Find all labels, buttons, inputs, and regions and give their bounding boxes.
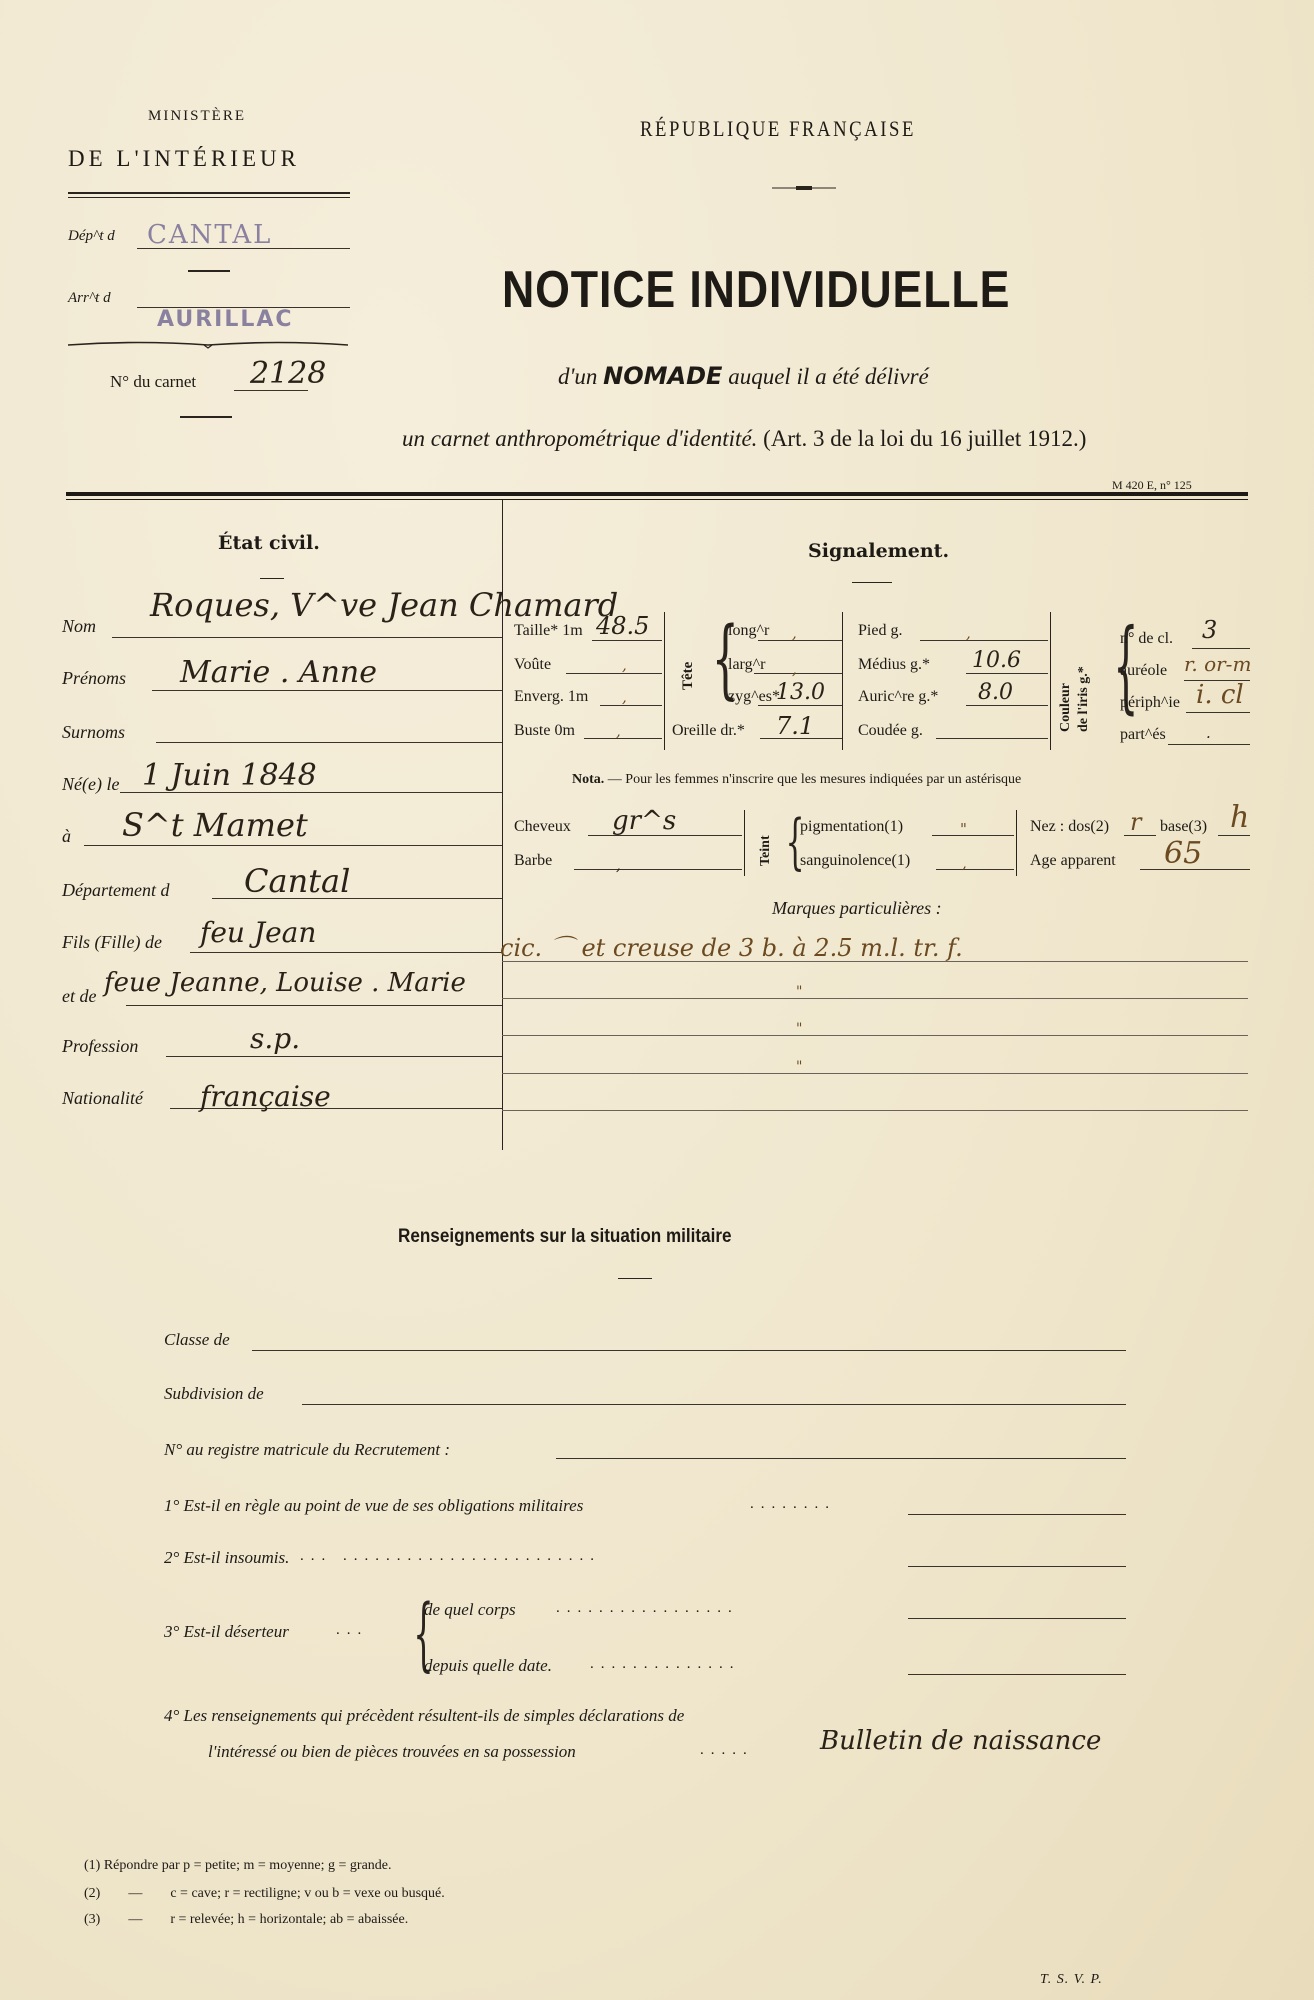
- carnet-number: 2128: [250, 356, 326, 391]
- field-value-profession: s.p.: [250, 1022, 300, 1055]
- q2-line: [908, 1566, 1126, 1567]
- hair-divider: [744, 810, 745, 876]
- teint-label: Teint: [758, 820, 774, 866]
- nota-text: — Pour les femmes n'inscrire que les mes…: [608, 772, 1021, 787]
- grid-divider-1: [664, 612, 665, 750]
- coudee-line: [936, 738, 1048, 739]
- field-label-nationalite: Nationalité: [62, 1088, 143, 1109]
- buste-label: Buste 0m: [514, 722, 575, 740]
- nez-dos-label: Nez : dos(2): [1030, 818, 1109, 836]
- subtitle-law: (Art. 3 de la loi du 16 juillet 1912.): [763, 426, 1086, 451]
- subtitle-line-1: d'un NOMADE auquel il a été délivré: [558, 362, 929, 390]
- taille-line: [592, 640, 662, 641]
- zygomatique-line: [758, 705, 842, 706]
- taille-value: 48.5: [596, 612, 649, 640]
- aureole-value: r. or-m: [1184, 652, 1251, 676]
- footnote-1-num: (1): [84, 1858, 100, 1873]
- q1-label: 1° Est-il en règle au point de vue de se…: [164, 1496, 583, 1516]
- etat-civil-heading: État civil.: [218, 532, 320, 554]
- marques-line-4: [502, 1073, 1248, 1074]
- marques-line-2: [502, 998, 1248, 999]
- classe-iris-line: [1192, 648, 1250, 649]
- particularites-line: [1168, 744, 1250, 745]
- nez-base-line: [1218, 835, 1250, 836]
- marques-heading: Marques particulières :: [772, 898, 942, 919]
- republic-heading: RÉPUBLIQUE FRANÇAISE: [640, 116, 916, 142]
- tsvp-note: T. S. V. P.: [1040, 1972, 1103, 1988]
- field-label-nom: Nom: [62, 616, 96, 637]
- field-value-fils-de: feu Jean: [200, 916, 316, 949]
- q3b-label: depuis quelle date.: [424, 1656, 552, 1676]
- footnote-2: (2) — c = cave; r = rectiligne; v ou b =…: [84, 1886, 445, 1902]
- flourish-rule: [68, 336, 348, 344]
- dept-label: Dép^t d: [68, 228, 115, 245]
- q3a-line: [908, 1618, 1126, 1619]
- particularites-value: .: [1206, 724, 1211, 742]
- q3b-dots: ..............: [590, 1656, 741, 1673]
- marques-line-3: [502, 1035, 1248, 1036]
- barbe-value: ,: [616, 856, 621, 874]
- field-value-nom: Roques, V^ve Jean Chamard: [150, 586, 618, 624]
- field-line-lieu: [84, 845, 502, 846]
- taille-label: Taille* 1m: [514, 622, 583, 640]
- signalement-heading: Signalement.: [808, 540, 949, 562]
- field-label-ne-le: Né(e) le: [62, 774, 119, 795]
- arr-label: Arr^t d: [68, 290, 111, 307]
- auriculaire-value: 8.0: [978, 680, 1013, 705]
- pied-line: [920, 640, 1048, 641]
- nez-base-value: h: [1230, 800, 1249, 835]
- footnote-3: (3) — r = relevée; h = horizontale; ab =…: [84, 1912, 408, 1928]
- form-reference: M 420 E, n° 125: [1112, 478, 1192, 493]
- classe-label: Classe de: [164, 1330, 230, 1350]
- q1-line: [908, 1514, 1126, 1515]
- dept-stamp: CANTAL: [147, 220, 272, 250]
- ministry-name: DE L'INTÉRIEUR: [68, 146, 300, 172]
- medius-line: [966, 673, 1048, 674]
- age-value: 65: [1164, 836, 1202, 871]
- registre-line: [556, 1458, 1126, 1459]
- carnet-label: N° du carnet: [110, 372, 196, 392]
- q4-dots: .....: [700, 1742, 754, 1759]
- aureole-label: auréole: [1120, 662, 1167, 680]
- field-value-et-de: feue Jeanne, Louise . Marie: [104, 968, 466, 998]
- field-line-nom: [112, 637, 502, 638]
- peripherie-label: périph^ie: [1120, 694, 1180, 712]
- barbe-line: [574, 869, 742, 870]
- classe-iris-label: n° de cl.: [1120, 630, 1173, 648]
- footnote-2-text: — c = cave; r = rectiligne; v ou b = vex…: [128, 1886, 444, 1901]
- field-label-lieu: à: [62, 826, 71, 847]
- iris-label-2: de l'iris g.*: [1076, 632, 1092, 732]
- marques-line-5: [502, 1110, 1248, 1111]
- field-value-ne-le: 1 Juin 1848: [142, 758, 317, 793]
- q3-label: 3° Est-il déserteur: [164, 1622, 289, 1642]
- pigmentation-label: pigmentation(1): [800, 818, 903, 836]
- marques-value-4: ": [796, 1059, 802, 1075]
- subtitle-line-2: un carnet anthropométrique d'identité. (…: [402, 426, 1086, 452]
- q4-label-1: 4° Les renseignements qui précèdent résu…: [164, 1706, 684, 1726]
- field-label-prenoms: Prénoms: [62, 668, 126, 689]
- field-line-fils-de: [190, 952, 502, 953]
- tete-label: Tête: [680, 640, 697, 690]
- grid-divider-2: [842, 612, 843, 750]
- field-value-lieu: S^t Mamet: [122, 806, 308, 844]
- barbe-label: Barbe: [514, 852, 552, 870]
- q3a-dots: .................: [556, 1600, 739, 1617]
- arr-stamp: AURILLAC: [157, 307, 294, 332]
- grid-divider-3: [1050, 612, 1051, 750]
- militaire-separator: [618, 1278, 652, 1279]
- ornament-rule: [772, 178, 836, 184]
- footnote-3-num: (3): [84, 1912, 100, 1927]
- subdivision-label: Subdivision de: [164, 1384, 264, 1404]
- enverg-line: [600, 705, 662, 706]
- voute-label: Voûte: [514, 656, 551, 674]
- field-value-departement: Cantal: [244, 862, 350, 900]
- subtitle-nomade: NOMADE: [603, 362, 722, 390]
- pigmentation-line: [932, 835, 1014, 836]
- field-label-surnoms: Surnoms: [62, 722, 125, 743]
- signalement-separator: [852, 582, 892, 583]
- particularites-label: part^és: [1120, 726, 1166, 744]
- subtitle-pre: d'un: [558, 364, 597, 389]
- field-line-prenoms: [152, 690, 502, 691]
- age-label: Age apparent: [1030, 852, 1116, 870]
- footnote-1-text: Répondre par p = petite; m = moyenne; g …: [104, 1858, 392, 1873]
- longueur-label: long^r: [728, 622, 769, 640]
- classe-line: [252, 1350, 1126, 1351]
- largeur-line: [754, 673, 842, 674]
- main-rule-thin: [66, 499, 1248, 500]
- iris-label-1: Couleur: [1058, 632, 1074, 732]
- cheveux-value: gr^s: [612, 806, 676, 836]
- q3-dots: ...: [336, 1622, 368, 1639]
- enverg-value: ,: [622, 688, 627, 706]
- dept-separator: [188, 270, 230, 272]
- pied-value: ,: [966, 624, 971, 642]
- auriculaire-label: Auric^re g.*: [858, 688, 938, 706]
- buste-value: ,: [616, 722, 621, 740]
- field-line-profession: [166, 1056, 502, 1057]
- largeur-label: larg^r: [728, 656, 765, 674]
- enverg-label: Enverg. 1m: [514, 688, 588, 706]
- main-rule-heavy: [66, 492, 1248, 496]
- etat-civil-separator: [260, 578, 284, 579]
- largeur-value: ,: [792, 660, 797, 678]
- medius-value: 10.6: [972, 648, 1021, 673]
- field-line-et-de: [126, 1005, 502, 1006]
- classe-iris-value: 3: [1202, 616, 1217, 644]
- peripherie-value: i. cl: [1196, 680, 1244, 710]
- footnote-3-text: — r = relevée; h = horizontale; ab = aba…: [128, 1912, 408, 1927]
- buste-line: [584, 738, 662, 739]
- field-label-profession: Profession: [62, 1036, 138, 1057]
- q2-label: 2° Est-il insoumis.: [164, 1548, 289, 1568]
- q2-dots: ... ........................: [300, 1548, 601, 1565]
- sanguinolence-value: ,: [962, 854, 967, 872]
- footnote-1: (1) Répondre par p = petite; m = moyenne…: [84, 1858, 392, 1874]
- subtitle-post: auquel il a été délivré: [728, 364, 929, 389]
- voute-value: ,: [622, 656, 627, 674]
- footnote-2-num: (2): [84, 1886, 100, 1901]
- zygomatique-label: zyg^es*: [728, 688, 780, 706]
- nota-line: Nota. — Pour les femmes n'inscrire que l…: [572, 772, 1021, 788]
- oreille-label: Oreille dr.*: [672, 722, 745, 740]
- voute-line: [566, 673, 662, 674]
- field-value-nationalite: française: [200, 1080, 331, 1113]
- header-double-rule: [68, 192, 350, 198]
- ministry-label: MINISTÈRE: [148, 108, 246, 125]
- medius-label: Médius g.*: [858, 656, 930, 674]
- document-title: NOTICE INDIVIDUELLE: [502, 260, 1010, 320]
- subtitle-carnet: un carnet anthropométrique d'identité.: [402, 426, 757, 451]
- pigmentation-value: ": [960, 820, 967, 838]
- longueur-value: ,: [792, 624, 797, 642]
- coudee-label: Coudée g.: [858, 722, 923, 740]
- longueur-line: [758, 640, 842, 641]
- teint-divider: [1016, 810, 1017, 876]
- field-line-surnoms: [156, 742, 502, 743]
- marques-value-2: ": [796, 984, 802, 1000]
- sanguinolence-line: [936, 869, 1014, 870]
- cheveux-label: Cheveux: [514, 818, 571, 836]
- field-label-et-de: et de: [62, 986, 96, 1007]
- registre-label: N° au registre matricule du Recrutement …: [164, 1440, 450, 1460]
- pied-label: Pied g.: [858, 622, 902, 640]
- nota-label: Nota.: [572, 772, 604, 787]
- marques-value-1: cic. ⌒ et creuse de 3 b. à 2.5 m.l. tr. …: [500, 928, 963, 963]
- auriculaire-line: [966, 705, 1048, 706]
- marques-value-3: ": [796, 1021, 802, 1037]
- q3b-line: [908, 1674, 1126, 1675]
- militaire-heading: Renseignements sur la situation militair…: [398, 1226, 732, 1248]
- field-label-departement: Département d: [62, 880, 169, 901]
- q1-dots: ........: [750, 1496, 836, 1513]
- carnet-separator: [180, 416, 232, 418]
- field-value-prenoms: Marie . Anne: [180, 655, 377, 690]
- q4-value: Bulletin de naissance: [820, 1726, 1101, 1756]
- nez-dos-value: r: [1130, 808, 1141, 836]
- q3a-label: de quel corps: [424, 1600, 516, 1620]
- subdivision-line: [302, 1404, 1126, 1405]
- nez-base-label: base(3): [1160, 818, 1207, 836]
- q4-label-2: l'intéressé ou bien de pièces trouvées e…: [208, 1742, 576, 1762]
- field-label-fils-de: Fils (Fille) de: [62, 932, 162, 953]
- zygomatique-value: 13.0: [776, 680, 825, 705]
- peripherie-line: [1186, 712, 1250, 713]
- sanguinolence-label: sanguinolence(1): [800, 852, 910, 870]
- oreille-value: 7.1: [776, 712, 814, 740]
